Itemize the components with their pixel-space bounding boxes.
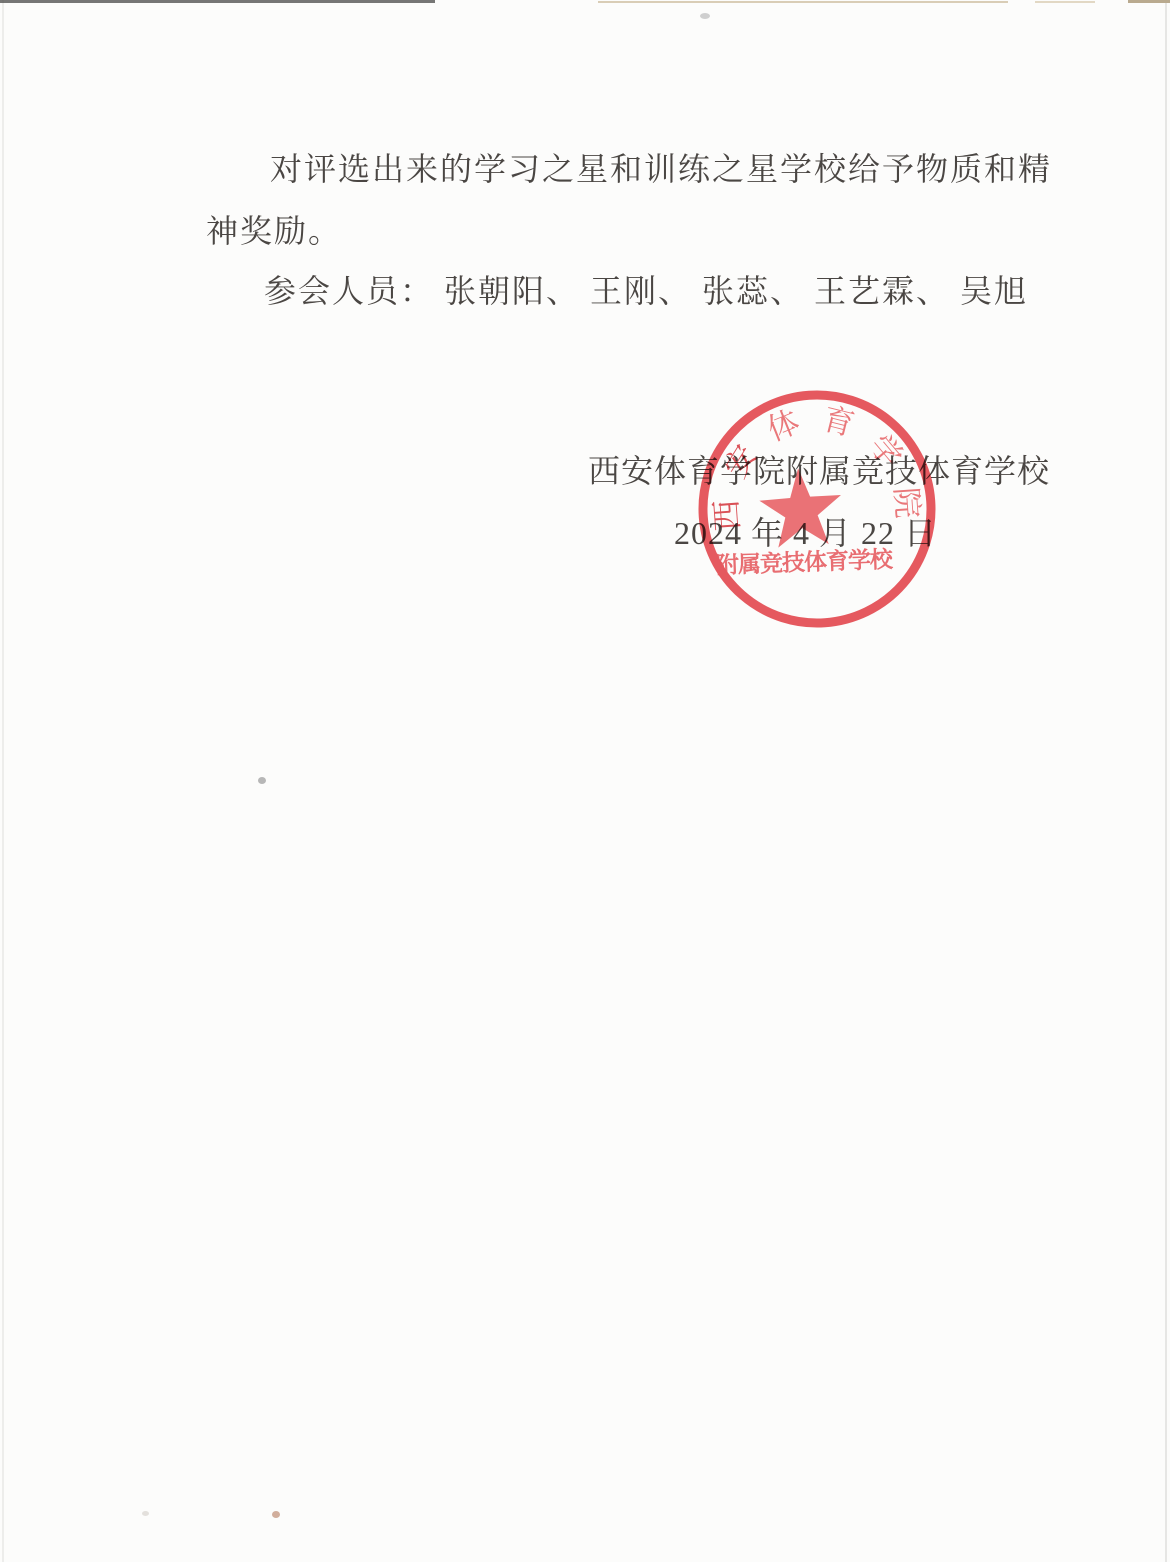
seal-arc-char-1: 西 [709, 499, 746, 532]
scan-artifact-top-tan-segment-1 [598, 1, 1008, 3]
paragraph-line-2: 神奖励。 [206, 213, 342, 249]
scan-speck-bottom-tan [272, 1511, 280, 1518]
seal-bottom-text: 附属竞技体育学校 [716, 546, 895, 578]
scan-artifact-top-dark-segment [0, 0, 435, 3]
scan-edge-line-right [1165, 0, 1167, 1562]
attendees-line: 参会人员： 张朝阳、 王刚、 张蕊、 王艺霖、 吴旭 [264, 273, 1028, 309]
scan-artifact-top-tan-segment-3 [1128, 0, 1170, 3]
seal-arc-char-4: 育 [819, 401, 858, 442]
scan-speck-middle [258, 777, 266, 784]
scan-edge-line-left [2, 0, 4, 1562]
seal-arc-char-6: 院 [888, 486, 925, 519]
scan-artifact-top-blob [700, 13, 710, 19]
scanned-document-page: 对评选出来的学习之星和训练之星学校给予物质和精 神奖励。 参会人员： 张朝阳、 … [0, 0, 1170, 1562]
red-star-icon [757, 465, 844, 548]
scan-artifact-top-tan-segment-2 [1035, 1, 1095, 3]
scan-speck-bottom-faint [142, 1511, 149, 1516]
paragraph-line-1: 对评选出来的学习之星和训练之星学校给予物质和精 [270, 151, 1052, 187]
official-seal-stamp: 西 安 体 育 学 院 附属竞技体育学校 [687, 379, 947, 639]
